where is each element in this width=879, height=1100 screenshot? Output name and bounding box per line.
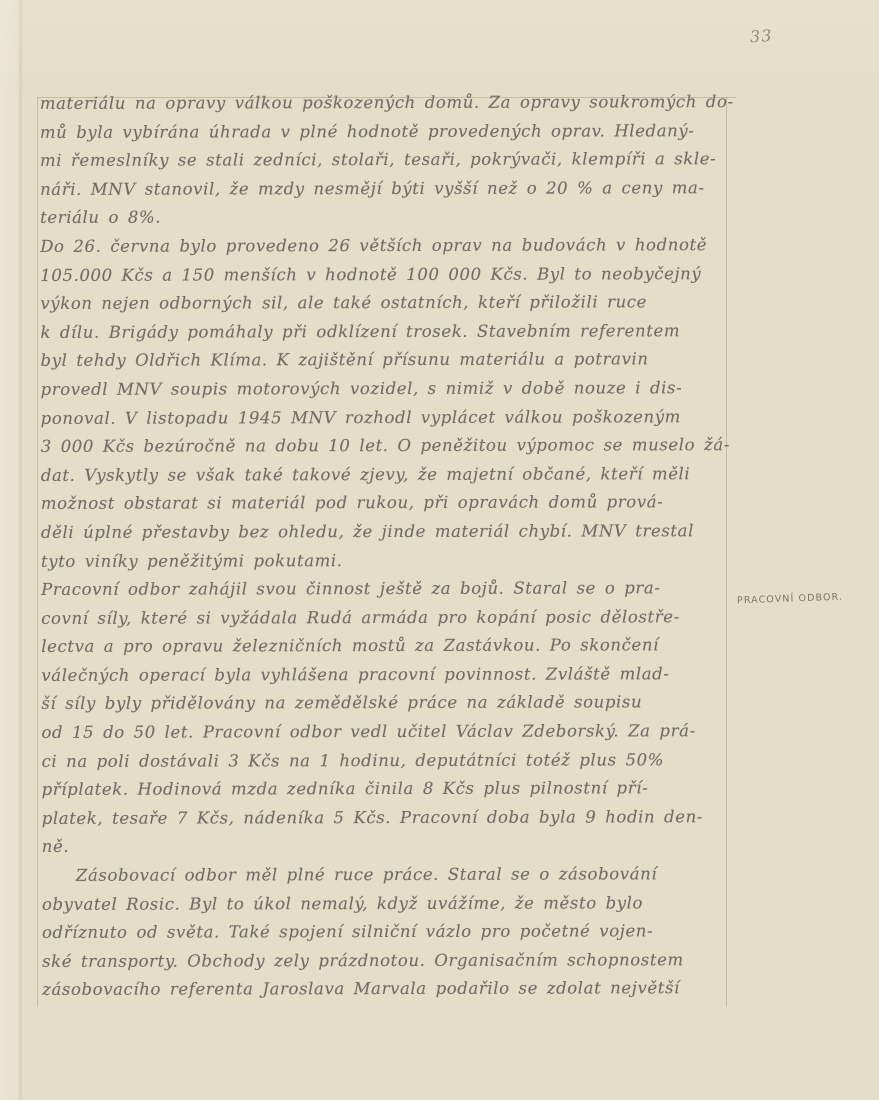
chronicle-page-scan: 33 materiálu na opravy válkou poškozenýc… xyxy=(0,0,879,1100)
text-line: teriálu o 8%. xyxy=(40,202,740,232)
text-line: výkon nejen odborných sil, ale také osta… xyxy=(40,288,740,318)
text-line: ci na poli dostávali 3 Kčs na 1 hodinu, … xyxy=(42,746,742,776)
text-line: ně. xyxy=(42,832,742,862)
text-line: tyto viníky peněžitými pokutami. xyxy=(41,546,741,576)
text-line: děli úplné přestavby bez ohledu, že jind… xyxy=(41,517,741,547)
text-line: válečných operací byla vyhlášena pracovn… xyxy=(41,660,741,690)
text-line: covní síly, které si vyžádala Rudá armád… xyxy=(41,603,741,633)
text-line: provedl MNV soupis motorových vozidel, s… xyxy=(41,374,741,404)
text-line: ské transporty. Obchody zely prázdnotou.… xyxy=(42,946,742,976)
text-block-left-rule xyxy=(37,97,38,1007)
text-line: ší síly byly přidělovány na zemědělské p… xyxy=(41,689,741,719)
text-line: Do 26. června bylo provedeno 26 větších … xyxy=(40,231,740,261)
text-line: materiálu na opravy válkou poškozených d… xyxy=(40,88,740,118)
text-line: obyvatel Rosic. Byl to úkol nemalý, když… xyxy=(42,889,742,919)
text-line: dat. Vyskytly se však také takové zjevy,… xyxy=(41,460,741,490)
text-line: od 15 do 50 let. Pracovní odbor vedl uči… xyxy=(41,717,741,747)
text-line: k dílu. Brigády pomáhaly při odklízení t… xyxy=(40,317,740,347)
text-line: náři. MNV stanovil, že mzdy nesmějí býti… xyxy=(40,174,740,204)
text-line: platek, tesaře 7 Kčs, nádeníka 5 Kčs. Pr… xyxy=(42,803,742,833)
page-number: 33 xyxy=(749,25,790,47)
text-line: byl tehdy Oldřich Klíma. K zajištění pří… xyxy=(40,345,740,375)
text-line: ponoval. V listopadu 1945 MNV rozhodl vy… xyxy=(41,403,741,433)
text-line: 3 000 Kčs bezúročně na dobu 10 let. O pe… xyxy=(41,431,741,461)
handwritten-text-block: materiálu na opravy válkou poškozených d… xyxy=(40,88,742,1005)
text-line: Zásobovací odbor měl plné ruce práce. St… xyxy=(42,860,742,890)
text-line: mů byla vybírána úhrada v plné hodnotě p… xyxy=(40,117,740,147)
text-line: Pracovní odbor zahájil svou činnost ješt… xyxy=(41,574,741,604)
text-line: odříznuto od světa. Také spojení silničn… xyxy=(42,917,742,947)
text-line: příplatek. Hodinová mzda zedníka činila … xyxy=(42,774,742,804)
text-line: možnost obstarat si materiál pod rukou, … xyxy=(41,488,741,518)
text-line: mi řemeslníky se stali zedníci, stolaři,… xyxy=(40,145,740,175)
margin-note: Pracovní odbor. xyxy=(737,591,872,607)
text-line: zásobovacího referenta Jaroslava Marvala… xyxy=(42,974,742,1004)
text-line: 105.000 Kčs a 150 menších v hodnotě 100 … xyxy=(40,260,740,290)
text-line: lectva a pro opravu železničních mostů z… xyxy=(41,631,741,661)
